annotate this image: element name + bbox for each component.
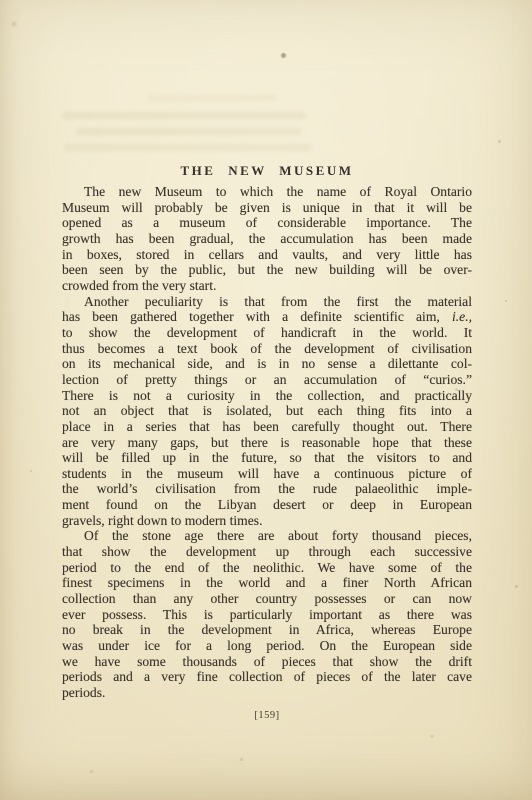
paper-speck: [90, 770, 93, 773]
text-line: ever possess. This is particularly impor…: [62, 607, 472, 623]
text-line: periods.: [62, 685, 472, 701]
text-line: gravels, right down to modern times.: [62, 513, 472, 529]
text-line: ment found on the Libyan desert or deep …: [62, 497, 472, 513]
text-line: students in the museum will have a conti…: [62, 466, 472, 482]
text-line: collection than any other country posses…: [62, 591, 472, 607]
text-line: There is not a curiosity in the collecti…: [62, 388, 472, 404]
text-line: opened as a museum of considerable impor…: [62, 215, 472, 231]
paper-speck: [281, 53, 286, 58]
text-line: place in a series that has been carefull…: [62, 419, 472, 435]
text-line: not an object that is isolated, but each…: [62, 403, 472, 419]
text-line: we have some thousands of pieces that sh…: [62, 654, 472, 670]
text-line: thus becomes a text book of the developm…: [62, 341, 472, 357]
page-number: [159]: [62, 710, 472, 721]
paper-speck: [505, 300, 507, 302]
paper-speck: [12, 22, 16, 26]
text-line: no break in the development in Africa, w…: [62, 622, 472, 638]
showthrough-ghost-text: [62, 112, 306, 119]
text-line: Another peculiarity is that from the fir…: [62, 294, 472, 310]
text-line: on its mechanical side, and is in no sen…: [62, 356, 472, 372]
text-line: growth has been gradual, the accumulatio…: [62, 231, 472, 247]
showthrough-ghost-text: [64, 144, 312, 151]
text-line: has been gathered together with a defini…: [62, 309, 472, 325]
paper-speck: [240, 758, 243, 761]
text-line: the world’s civilisation from the rude p…: [62, 481, 472, 497]
text-line: was under ice for a long period. On the …: [62, 638, 472, 654]
showthrough-ghost-text: [148, 95, 278, 101]
text-line: Of the stone age there are about forty t…: [62, 528, 472, 544]
text-line: period to the end of the neolithic. We h…: [62, 560, 472, 576]
text-line: Museum will probably be given is unique …: [62, 200, 472, 216]
text-line: that show the development up through eac…: [62, 544, 472, 560]
text-block: The new Museum to which the name of Roya…: [62, 184, 472, 701]
text-line: The new Museum to which the name of Roya…: [62, 184, 472, 200]
text-line: in boxes, stored in cellars and vaults, …: [62, 247, 472, 263]
text-line: to show the development of handicraft in…: [62, 325, 472, 341]
paper-speck: [30, 470, 32, 472]
chapter-title: THE NEW MUSEUM: [62, 163, 472, 179]
text-line: are very many gaps, but there is reasona…: [62, 435, 472, 451]
book-page: THE NEW MUSEUM The new Museum to which t…: [0, 0, 532, 800]
text-line: finest specimens in the world and a fine…: [62, 575, 472, 591]
text-line: crowded from the very start.: [62, 278, 472, 294]
text-line: periods and a very fine collection of pi…: [62, 669, 472, 685]
paper-speck: [430, 735, 434, 738]
text-line: been seen by the public, but the new bui…: [62, 262, 472, 278]
text-line: lection of pretty things or an accumulat…: [62, 372, 472, 388]
paper-speck: [498, 140, 501, 143]
paper-speck: [515, 585, 518, 588]
showthrough-ghost-text: [76, 128, 302, 135]
text-line: will be filled up in the future, so that…: [62, 450, 472, 466]
